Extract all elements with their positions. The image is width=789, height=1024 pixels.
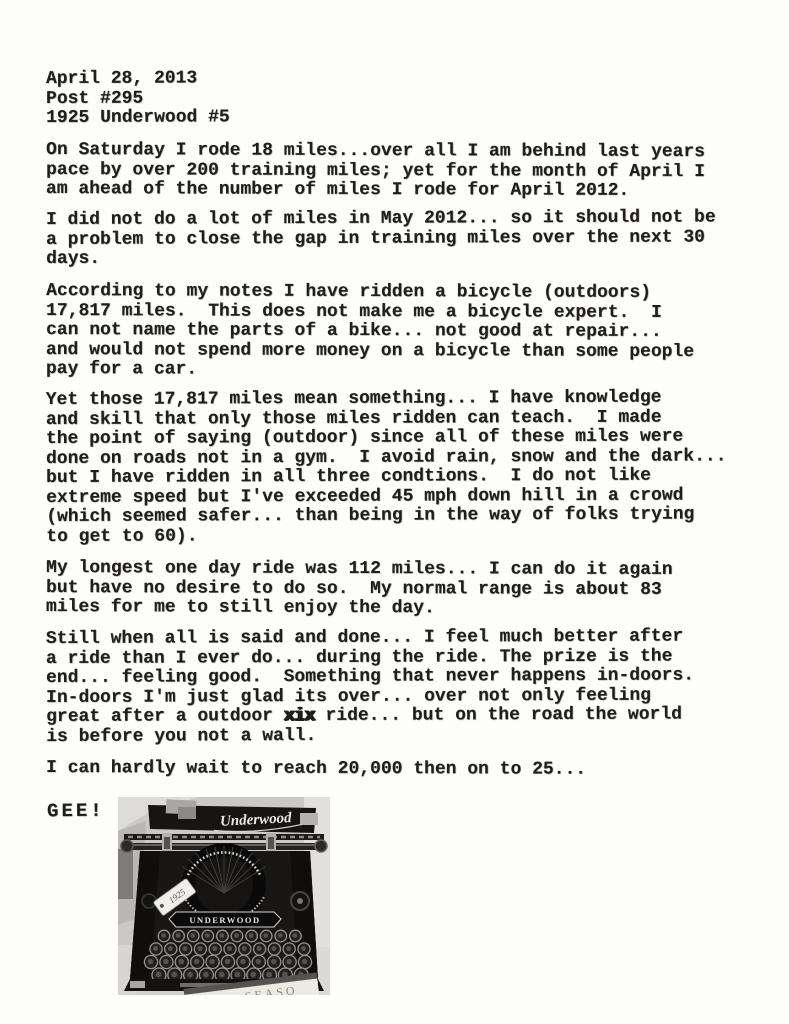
typewriter-key-highlight — [219, 972, 225, 978]
typewriter-key-highlight — [271, 959, 277, 965]
typewriter-key-highlight — [257, 946, 262, 951]
paragraph: I can hardly wait to reach 20,000 then o… — [46, 759, 756, 781]
typewriter-key-highlight — [301, 946, 306, 951]
text-line: am ahead of the number of miles I rode f… — [46, 179, 756, 201]
text-line: to get to 60). — [46, 525, 756, 547]
paragraph: On Saturday I rode 18 miles...over all I… — [46, 141, 756, 202]
text-line: days. — [46, 247, 756, 269]
header-block: April 28, 2013Post #2951925 Underwood #5 — [46, 67, 756, 128]
typewriter-key-highlight — [266, 972, 272, 978]
typewriter-key-highlight — [286, 946, 291, 951]
typewriter-key-highlight — [197, 946, 202, 951]
typewriter-key-highlight — [227, 946, 232, 951]
typewriter-key-highlight — [278, 933, 283, 938]
typewriter-key-highlight — [190, 933, 195, 938]
typewriter-key-highlight — [263, 933, 268, 938]
document-body: April 28, 2013Post #2951925 Underwood #5… — [46, 70, 756, 790]
typewriter-key-highlight — [240, 959, 246, 965]
typewriter-key-highlight — [249, 933, 254, 938]
paragraph: I did not do a lot of miles in May 2012.… — [46, 208, 756, 269]
typewriter-key-highlight — [234, 933, 239, 938]
closing-exclamation: GEE! — [47, 800, 105, 823]
typewriter-photo: Underwood — [118, 797, 330, 995]
typewriter-key-highlight — [292, 933, 297, 938]
typewriter-key-highlight — [148, 959, 154, 965]
typewritten-page: April 28, 2013Post #2951925 Underwood #5… — [0, 0, 789, 1024]
text-line: Post #295 — [46, 87, 756, 109]
typewriter-key-highlight — [203, 972, 209, 978]
typewriter-key-highlight — [225, 959, 231, 965]
typewriter-key-highlight — [194, 959, 200, 965]
typewriter-key-highlight — [205, 933, 210, 938]
text-line: 1925 Underwood #5 — [46, 106, 756, 128]
typewriter-key-highlight — [183, 946, 188, 951]
paragraph: Still when all is said and done... I fee… — [46, 627, 756, 747]
typewriter-key-highlight — [176, 933, 181, 938]
text-line: (which seemed safer... than being in the… — [46, 505, 756, 527]
typewriter-key-highlight — [271, 946, 276, 951]
typewriter-key-highlight — [250, 972, 256, 978]
typewriter-key-highlight — [187, 972, 193, 978]
typewriter-key-highlight — [286, 959, 292, 965]
text-line: April 28, 2013 — [46, 67, 756, 89]
typewriter-key-highlight — [235, 972, 241, 978]
typewriter-key-highlight — [212, 946, 217, 951]
typewriter-frontplate-text: UNDERWOOD — [189, 915, 260, 925]
typewriter-key-highlight — [302, 959, 308, 965]
paragraph: My longest one day ride was 112 miles...… — [46, 559, 756, 620]
text-line: I can hardly wait to reach 20,000 then o… — [46, 759, 756, 781]
typewriter-key-highlight — [179, 959, 185, 965]
text-line: miles for me to still enjoy the day. — [46, 598, 756, 620]
paragraph: Yet those 17,817 miles mean something...… — [46, 388, 757, 547]
typewriter-key-highlight — [256, 959, 262, 965]
text-line: great after a outdoor xix ride... but on… — [46, 705, 756, 727]
typewriter-key-highlight — [219, 933, 224, 938]
typewriter-keyboard — [144, 930, 311, 982]
typewriter-front-plate: UNDERWOOD — [169, 912, 281, 927]
typewriter-key-highlight — [161, 933, 166, 938]
text-line: pay for a car. — [46, 359, 756, 381]
typewriter-key-highlight — [168, 946, 173, 951]
text-line: a problem to close the gap in training m… — [46, 228, 756, 250]
typewriter-key-highlight — [171, 972, 177, 978]
typewriter-key-highlight — [163, 959, 169, 965]
typewriter-key-highlight — [242, 946, 247, 951]
text-line: is before you not a wall. — [46, 724, 756, 746]
typewriter-key-highlight — [209, 959, 215, 965]
typewriter-key-highlight — [153, 946, 158, 951]
paragraph: According to my notes I have ridden a bi… — [46, 282, 756, 382]
typewriter-key-highlight — [156, 972, 162, 978]
strikeout-word: xix — [284, 705, 315, 725]
